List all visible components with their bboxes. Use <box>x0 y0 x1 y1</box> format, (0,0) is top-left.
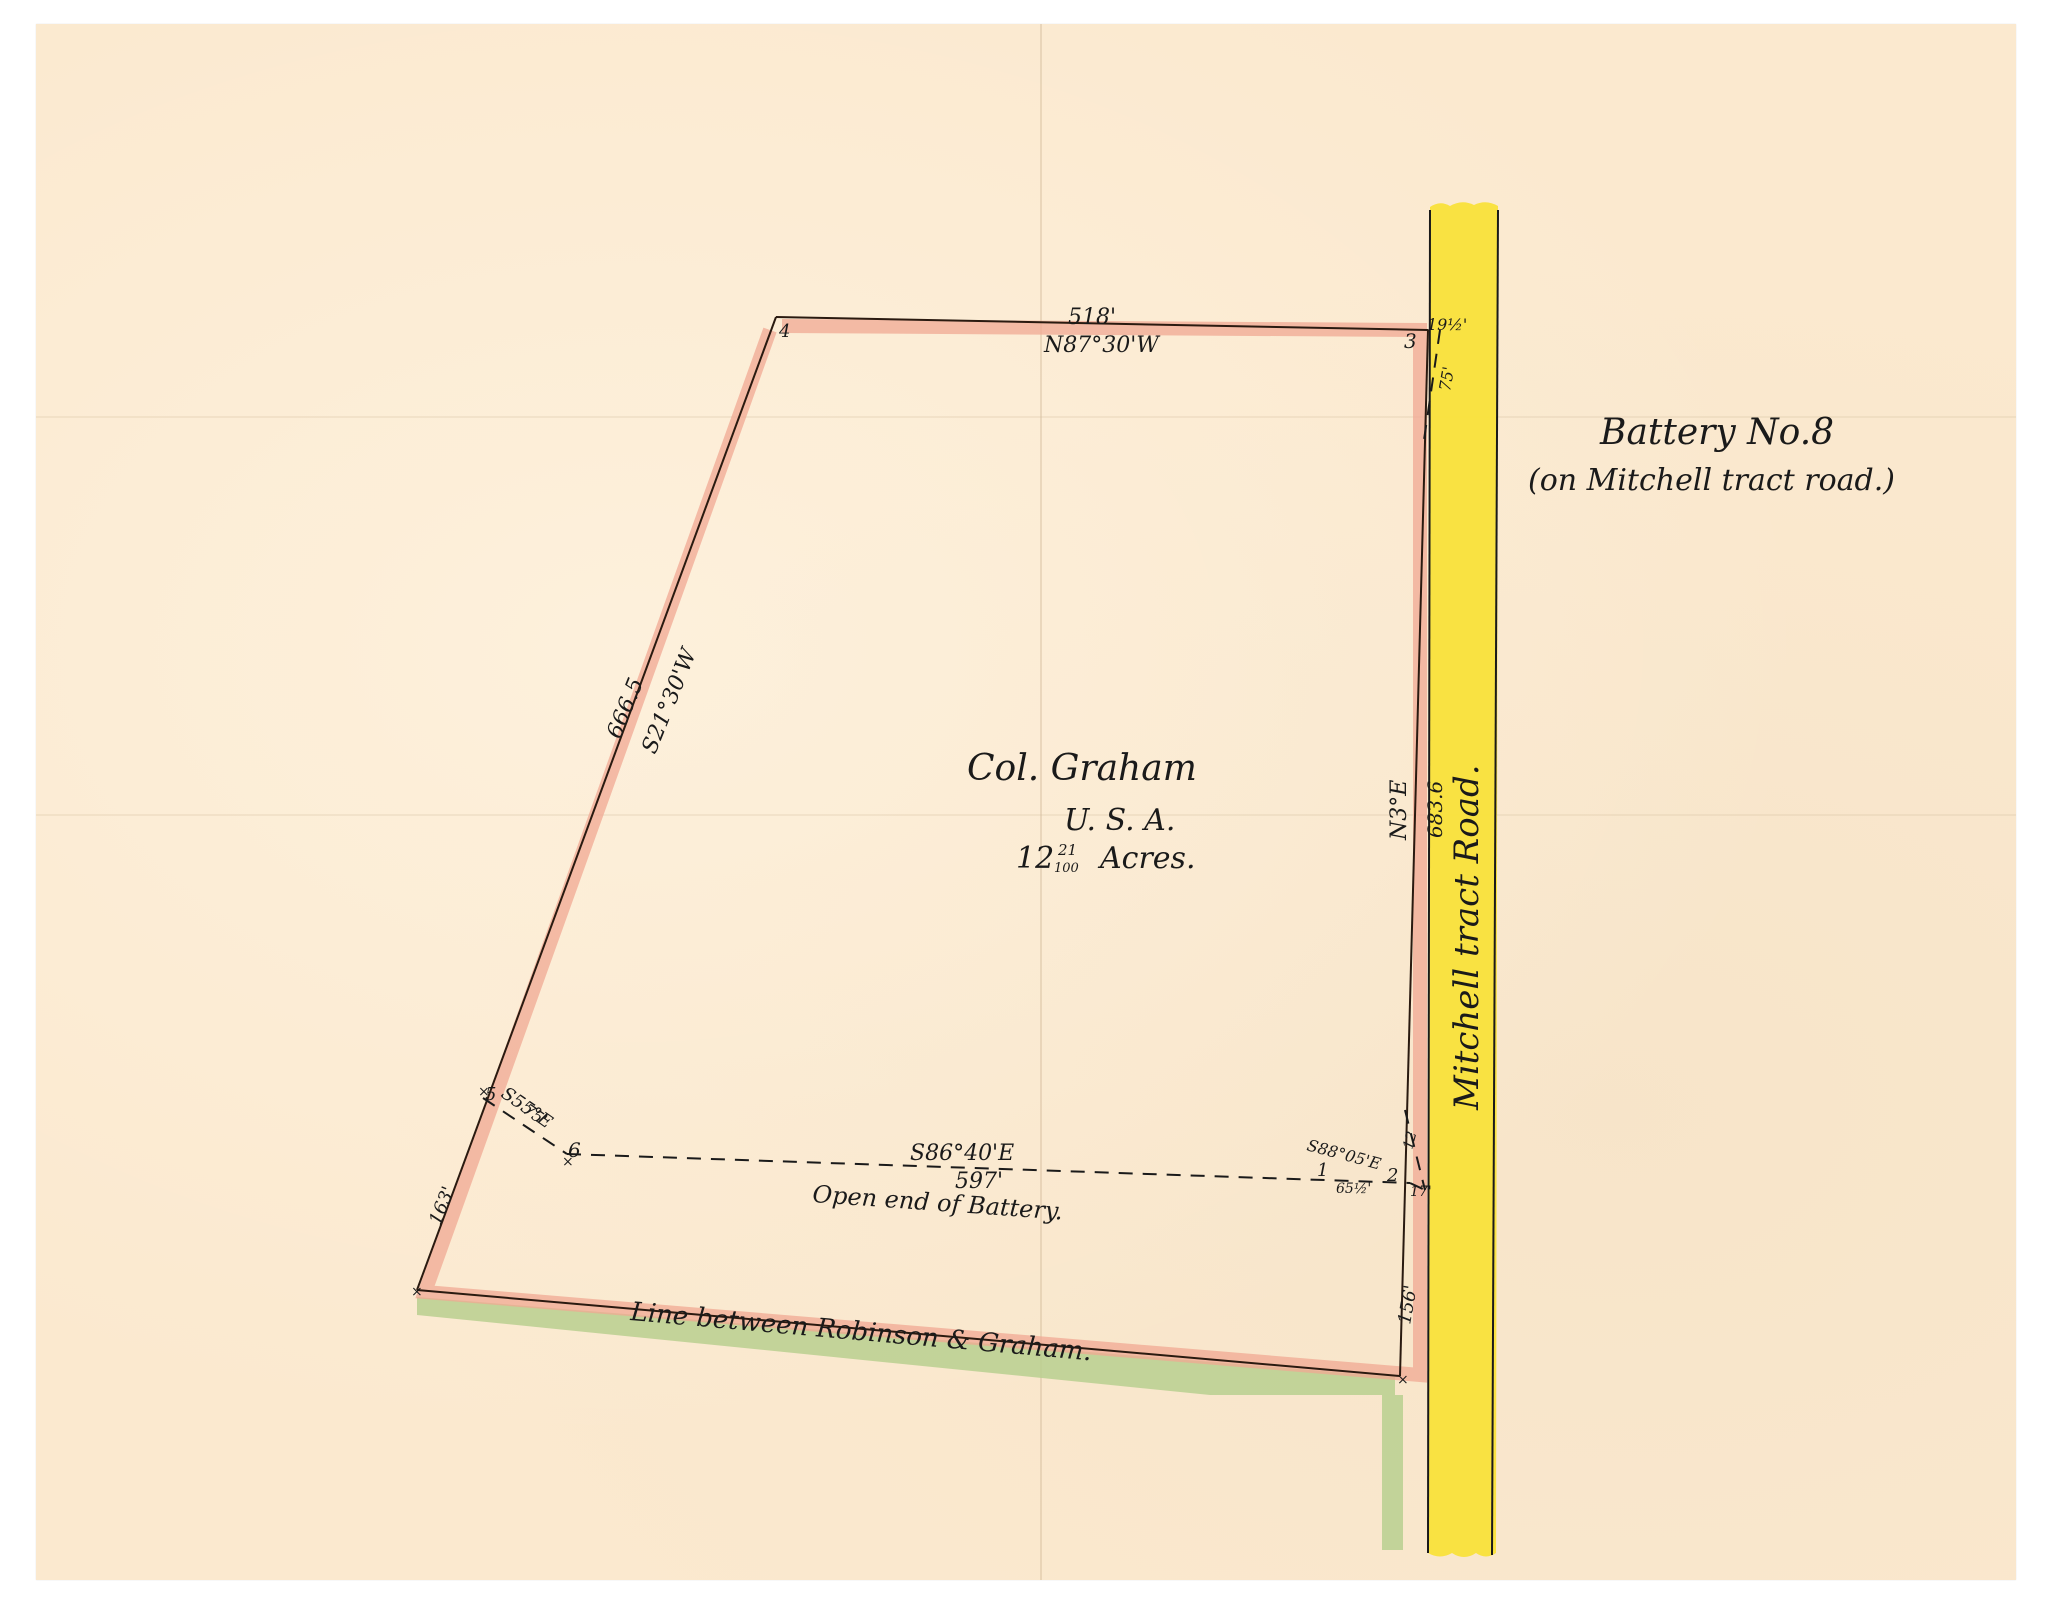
corner-4-label: 4 <box>778 321 790 342</box>
parcel-boundary <box>417 317 1428 1376</box>
open-end-line <box>483 330 1440 1190</box>
north-bearing: N87°30'W <box>1043 333 1161 358</box>
area-whole: 12 <box>1016 841 1054 876</box>
road-name: Mitchell tract Road. <box>1447 764 1487 1111</box>
owner-org: U. S. A. <box>1064 803 1175 838</box>
svg-text:×: × <box>562 1154 574 1170</box>
area-fraction-denominator: 100 <box>1054 861 1079 876</box>
road-offset-top-distance: 19½' <box>1427 315 1467 334</box>
svg-text:×: × <box>478 1084 490 1100</box>
east-bearing: N3°E <box>1387 780 1412 841</box>
corner-1-label: 1 <box>1317 1160 1328 1181</box>
title-line-2: (on Mitchell tract road.) <box>1528 463 1895 498</box>
corner-3-label: 3 <box>1404 329 1417 353</box>
area-unit: Acres. <box>1097 841 1196 876</box>
area-fraction-numerator: 21 <box>1057 841 1077 859</box>
svg-text:×: × <box>411 1284 423 1300</box>
segment-1-2-distance: 65½' <box>1336 1181 1371 1197</box>
survey-map: 4 3 5 6 1 2 × × × × Battery No.8 (on Mit… <box>0 0 2048 1613</box>
parcel-label: Col. Graham U. S. A. 12 21 100 Acres. <box>967 748 1197 876</box>
west-distance: 666.5 <box>602 674 649 742</box>
owner-name: Col. Graham <box>967 748 1197 789</box>
corner-markers: 4 3 5 6 1 2 × × × × <box>411 321 1417 1388</box>
map-title: Battery No.8 (on Mitchell tract road.) <box>1528 412 1895 498</box>
east-distance: 683.6 <box>1423 780 1447 838</box>
north-distance: 518' <box>1068 305 1116 330</box>
title-line-1: Battery No.8 <box>1599 412 1834 453</box>
parcel-wash <box>425 326 1420 1375</box>
corner-2-label: 2 <box>1386 1165 1398 1186</box>
open-end-bearing: S86°40'E <box>910 1141 1014 1166</box>
road-offset-bottom-distance: 17' <box>1410 1184 1432 1200</box>
open-end-label: Open end of Battery. <box>812 1180 1064 1225</box>
svg-text:×: × <box>1397 1372 1409 1388</box>
